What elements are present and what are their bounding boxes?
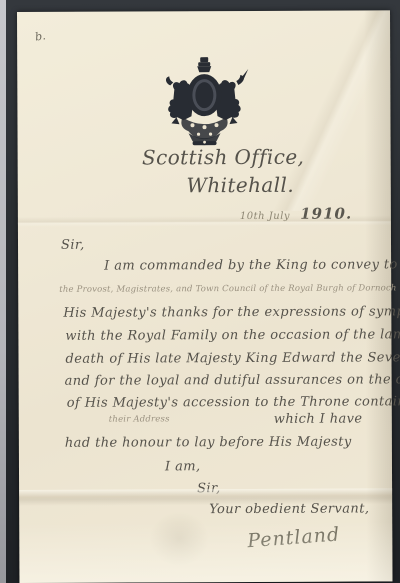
body-continuation: which I have [274,411,363,426]
salutation: Sir, [61,238,85,253]
date-year: 1910. [300,205,352,223]
date-line: 10th July 1910. [240,205,352,223]
date-day-month: 10th July [240,211,290,222]
corner-annotation: b. [34,29,46,43]
body-opening-line: I am commanded by the King to convey to [104,257,398,273]
ink-smudge [149,511,209,566]
body-line: death of His late Majesty King Edward th… [65,350,400,367]
letter-paper: b. [17,10,392,583]
closing-sir: Sir, [197,481,221,496]
body-final-line: had the honour to lay before His Majesty [65,435,352,451]
photo-mount: b. [0,0,400,583]
paper-edge-shadow [364,10,392,581]
letterhead-city: Whitehall. [18,172,391,198]
body-line: His Majesty's thanks for the expressions… [63,304,400,321]
closing-i-am: I am, [165,459,201,474]
royal-coat-of-arms-icon [152,55,256,151]
body-line: of His Majesty's accession to the Throne… [67,394,400,411]
signature-pentland: Pentland [247,523,341,552]
mount-left-edge [0,0,6,583]
handwritten-reference-insert: their Address [109,414,170,424]
letterhead-office: Scottish Office, [18,144,391,170]
body-line: with the Royal Family on the occasion of… [65,327,400,344]
closing-obedient-servant: Your obedient Servant, [209,501,369,517]
handwritten-addressee-insert: the Provost, Magistrates, and Town Counc… [59,283,396,294]
body-line: and for the loyal and dutiful assurances… [65,372,400,389]
